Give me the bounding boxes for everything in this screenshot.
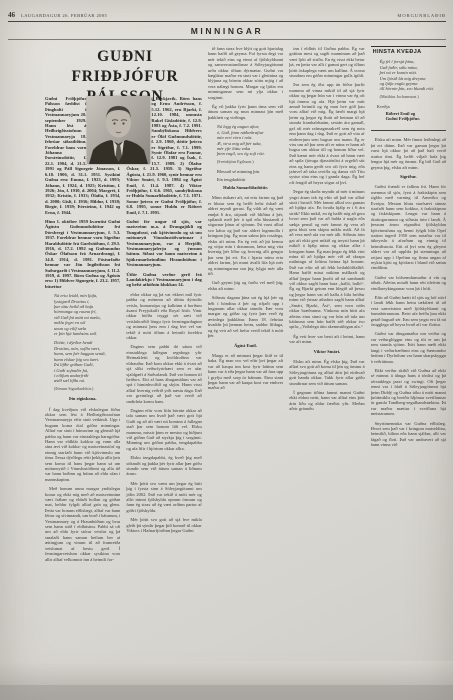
body-paragraph: ið fann strax hve hlýtt og gott hjartala… [208,46,283,100]
poem-credit: (Þórunn Sigurðardóttir.) [45,386,120,391]
body-paragraph: Daginn eftir voru litlu börnin okkar að … [126,408,201,451]
body-paragraph: Elsku afi minn. Ég elska þig. Það var al… [289,359,364,386]
hinsta-kvedja-title: HINSTA KVEÐJA [373,50,444,55]
signature: Sigríður. [371,174,446,179]
section-rule [8,39,446,40]
poem-line: Guðni Friðþjófur. [386,116,444,121]
body-paragraph: Snyrtimennska var Guðna eðlislæg. Hvort … [371,421,446,448]
poem-line: öll börnin þín, svo blundi rótt. [380,86,444,91]
obituary-intro-bold: Guðni fór ungur til sjós, var matsveinn … [126,219,201,268]
body-paragraph: Síðustu dagana þína sat ég hjá þér og hé… [208,295,283,338]
closing-line: Þín tengdadóttir [208,177,283,182]
scan-edge-band [0,685,453,700]
body-paragraph: Minn ástkæri afi, nú ertu farinn og það … [208,195,283,276]
hinsta-kvedja-box: HINSTA KVEÐJAÉg fel í forsjá þína,Guð fa… [371,46,446,131]
body-paragraph: Guðni frændi er fallinn frá. Hann fór sn… [371,184,446,271]
body-paragraph: Með honum unnu margar yndislegar konur o… [45,486,120,562]
poem-line: er þín hjá lambsins stól. [54,331,120,336]
signature: Ágúst Emil. [208,343,283,348]
page-bottom-margin [0,661,453,685]
poem-credit: (Sveinbjörn Egilsson.) [208,159,283,164]
body-paragraph: Margs er að minnast þegar litið er til b… [208,353,283,391]
dateline: LAUGARDAGUR 26. FEBRÚAR 2005 [21,13,107,18]
column-3: ið fann strax hve hlýtt og gott hjartala… [208,46,283,658]
body-paragraph: Í dag kveðjum við elskulegan föður okkar… [45,407,120,483]
newspaper-page: 46 LAUGARDAGUR 26. FEBRÚAR 2005 MORGUNBL… [0,0,453,700]
body-paragraph: Daginn sem pabbi dó sáum við einstaklega… [126,344,201,403]
kvedja-label: Kveðja [373,104,444,109]
body-paragraph: Ég vil þakka fyrir þann tíma sem við átt… [208,104,283,120]
column-5: HINSTA KVEÐJAÉg fel í forsjá þína,Guð fa… [371,46,446,658]
signature: Þín eiginkona. [45,396,120,401]
poem-line: ætíð sæl lifðu nú. [54,378,120,383]
memorial-poem: Dóttir, í dýrðar hendiDrottins, mín, sof… [45,340,120,383]
column-4: inn í eldhús til Guðna pabba. Ég var grá… [289,46,364,658]
body-paragraph: Guðni var hófsemdarmaður á vín og tóbak.… [371,275,446,291]
closing-line: Blessuð sé minning þín. [208,169,283,174]
signature: Viktor Smári. [289,349,364,354]
body-paragraph: Mér þótti svo vænt um þegar ég hitti þig… [126,481,201,513]
body-paragraph: Ég veit hver var besti afi í heimi, hann… [289,334,364,345]
body-paragraph: eldra okkar og þá var ekkert mál fyrir p… [126,292,201,341]
body-paragraph: Elsku tengdapabbi, ég kveð þig með söknu… [126,455,201,477]
masthead: 46 LAUGARDAGUR 26. FEBRÚAR 2005 MORGUNBL… [8,11,446,40]
poem-line: þinn engil, svo ég sofi rótt. [217,151,283,156]
body-paragraph: Í gegnum tíðina fannst manni Guðni ekki … [289,390,364,412]
body-paragraph: Þegar ég skoða myndir af mér á mínum yng… [289,189,364,330]
hinsta-kvedja-poem: Ég fel í forsjá þína,Guð faðir, sálu mín… [373,59,444,91]
newspaper-name: MORGUNBLAÐIÐ [397,13,446,18]
dateline-row: 46 LAUGARDAGUR 26. FEBRÚAR 2005 MORGUNBL… [8,11,446,19]
memorial-poem: Nú legg ég augun aftur,ó, Guð, þinn náða… [208,124,283,156]
signature: Hulda Sumarliðadóttir. [208,185,283,190]
portrait-photo [87,96,150,164]
body-paragraph: Guð geymi þig og farðu vel með þig, elsk… [208,280,283,291]
poem-credit: (Matthías Jochumsson.) [373,94,444,99]
page-number: 46 [8,11,15,19]
obituary-intro-bold: Útför Guðna verður gerð frá Landakirkju … [126,272,201,288]
headline-line-1: GUÐNI FRIÐÞJÓFUR [45,47,205,87]
memorial-poem: Nú ertu leidd, mín ljúfa,lystigarð Drott… [45,293,120,336]
obituary-content: GUÐNI FRIÐÞJÓFUR PÁLSSON Guðni Friðþj [45,46,446,658]
body-paragraph: Eftir að Guðni hætti til sjós og hóf stö… [371,295,446,327]
obituary-intro-bold: Hinn 1. október 1959 kvæntist Guðni Ágús… [45,219,120,289]
body-paragraph: Mér þótti svo gott að sjá hve mikla gleð… [126,517,201,533]
body-paragraph: Elsku afi minn. Mér finnst leiðinlegt að… [371,137,446,169]
body-paragraph: Ekki verður skilið við Guðna að ekki sé … [371,368,446,417]
body-paragraph: Þar sem ég ólst upp án föður þurfti mamm… [289,82,364,185]
hinsta-kvedja-signatures: Róbert Emil ogGuðni Friðþjófur. [373,111,444,122]
body-paragraph: inn í eldhús til Guðna pabba. Ég var grá… [289,46,364,78]
section-title: MINNINGAR [8,22,446,39]
body-paragraph: Guðni var áhugamaður um veiðar og var ve… [371,331,446,363]
